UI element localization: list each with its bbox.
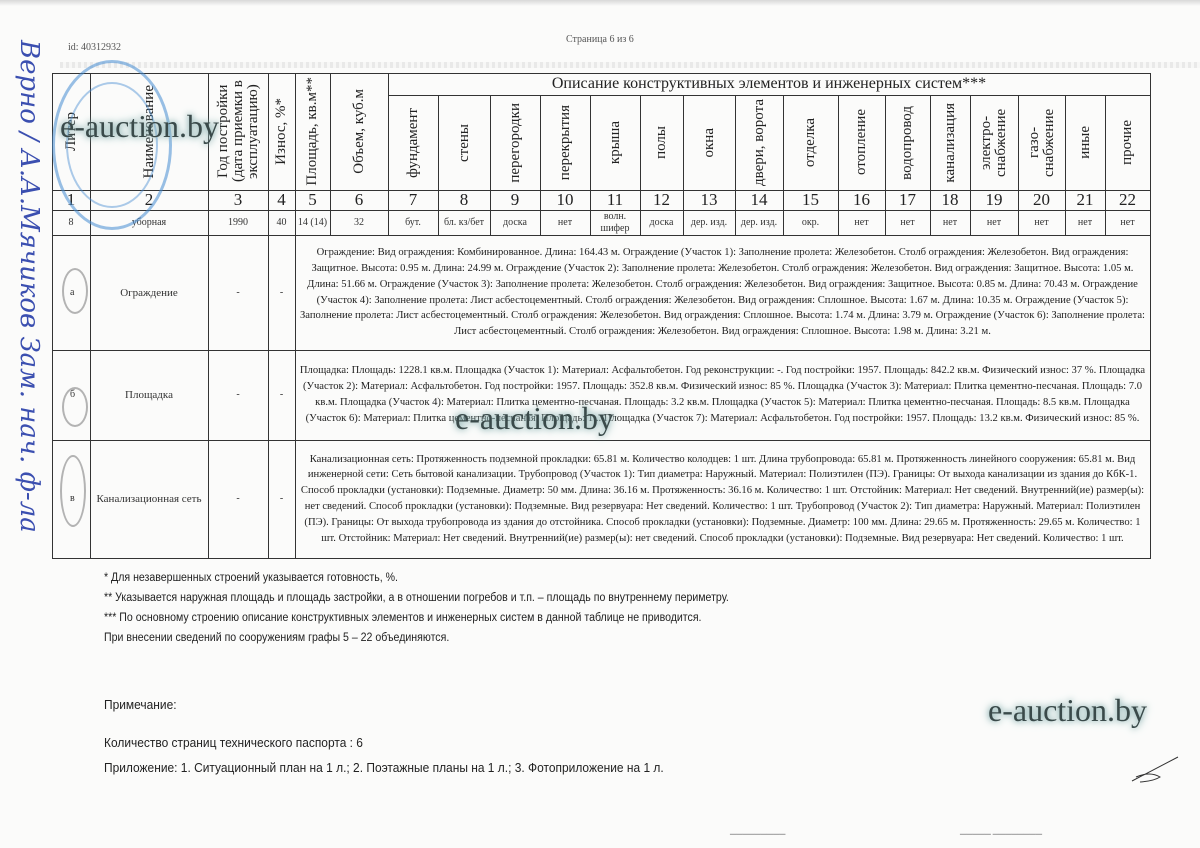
column-number-text: 17 [899, 190, 916, 210]
row-element-value: волн. шифер [590, 210, 641, 236]
column-number-text: 15 [802, 190, 819, 210]
group-header: Описание конструктивных элементов и инже… [388, 73, 1151, 96]
footnote-2: ** Указывается наружная площадь и площад… [104, 592, 729, 604]
pencil-circle-mark [62, 268, 88, 314]
row-element-value-text: нет [987, 217, 1001, 229]
footnote-3: *** По основному строению описание конст… [104, 612, 701, 624]
row-element-value: бл. кз/бет [438, 210, 491, 236]
row-year: - [208, 235, 269, 351]
column-header-text: двери, ворота [752, 99, 767, 186]
row-wear-text: - [280, 493, 283, 505]
column-number: 3 [208, 190, 269, 211]
row-element-value-text: нет [1120, 217, 1134, 229]
column-number: 22 [1105, 190, 1151, 211]
column-header: Площадь, кв.м** [295, 73, 331, 191]
row-wear: 40 [268, 210, 296, 236]
column-header: прочие [1105, 95, 1151, 191]
column-number-text: 5 [308, 190, 317, 210]
column-header: крыша [590, 95, 641, 191]
handwritten-certification: Верно / А.А.Мячиков Зам. нач. ф-ла [4, 40, 44, 740]
row-element-value-text: нет [1034, 217, 1048, 229]
column-header: фундамент [388, 95, 439, 191]
column-header: водопровод [885, 95, 931, 191]
row-element-value-text: бут. [405, 217, 421, 229]
column-number-text: 22 [1119, 190, 1136, 210]
column-header-text: крыша [608, 121, 623, 164]
row-element-value: дер. изд. [735, 210, 784, 236]
column-header: Объем, куб.м [330, 73, 389, 191]
column-number-text: 14 [751, 190, 768, 210]
notes-page-count: Количество страниц технического паспорта… [104, 735, 363, 750]
column-number: 8 [438, 190, 491, 211]
row-volume: 32 [330, 210, 389, 236]
watermark: e-auction.by [455, 400, 614, 437]
row-year-text: - [236, 287, 239, 299]
row-element-value-text: нет [1078, 217, 1092, 229]
column-number: 18 [930, 190, 971, 211]
column-number-text: 12 [653, 190, 670, 210]
column-number-text: 13 [701, 190, 718, 210]
signature-mark [1130, 755, 1180, 785]
group-header-text: Описание конструктивных элементов и инже… [552, 75, 986, 93]
column-number: 17 [885, 190, 931, 211]
row-area-text: 14 (14) [298, 217, 327, 229]
watermark: e-auction.by [988, 692, 1147, 729]
row-element-value-text: доска [503, 217, 527, 229]
row-element-value-text: нет [900, 217, 914, 229]
row-name-text: Ограждение [120, 287, 178, 299]
faint-footer-text: ▁▁▁▁▁▁▁▁▁ [730, 826, 785, 835]
column-header: Износ, %* [268, 73, 296, 191]
row-name: Площадка [90, 350, 209, 441]
row-description-text: Канализационная сеть: Протяженность подз… [298, 452, 1147, 547]
row-description-text: Площадка: Площадь: 1228.1 кв.м. Площадка… [298, 363, 1147, 426]
row-element-value-text: доска [650, 217, 674, 229]
column-header-text: отделка [803, 118, 818, 167]
column-header: перегородки [490, 95, 541, 191]
row-element-value: нет [1065, 210, 1106, 236]
column-number-text: 16 [853, 190, 870, 210]
row-wear-text: - [280, 389, 283, 401]
column-number-text: 8 [460, 190, 469, 210]
row-element-value-text: дер. изд. [691, 217, 727, 229]
row-wear: - [268, 440, 296, 559]
footnote-4: При внесении сведений по сооружениям гра… [104, 632, 449, 644]
footnote-1: * Для незавершенных строений указывается… [104, 572, 398, 584]
column-number: 21 [1065, 190, 1106, 211]
pencil-circle-mark [60, 455, 86, 527]
column-header-text: прочие [1120, 120, 1135, 165]
column-header-text: стены [457, 124, 472, 162]
row-element-value: окр. [783, 210, 839, 236]
row-element-value: дер. изд. [683, 210, 736, 236]
row-area: 14 (14) [295, 210, 331, 236]
row-description: Площадка: Площадь: 1228.1 кв.м. Площадка… [295, 350, 1151, 441]
row-element-value-text: нет [943, 217, 957, 229]
row-name: Канализационная сеть [90, 440, 209, 559]
column-header: окна [683, 95, 736, 191]
row-volume-text: 32 [354, 217, 364, 229]
column-header-text: канализация [943, 103, 958, 183]
row-element-value: доска [490, 210, 541, 236]
row-name-text: Площадка [125, 389, 173, 401]
column-header: отопление [838, 95, 886, 191]
row-element-value-text: окр. [802, 217, 819, 229]
row-element-value: нет [930, 210, 971, 236]
row-element-value-text: нет [854, 217, 868, 229]
row-element-value: доска [640, 210, 684, 236]
row-description-text: Ограждение: Вид ограждения: Комбинирован… [298, 245, 1147, 340]
notes-title: Примечание: [104, 697, 177, 712]
column-header: отделка [783, 95, 839, 191]
column-number-text: 18 [942, 190, 959, 210]
faint-footer-text: ▁▁▁▁▁ ▁▁▁▁▁▁▁▁ [960, 826, 1042, 835]
column-number-text: 7 [409, 190, 418, 210]
notes-appendix: Приложение: 1. Ситуационный план на 1 л.… [104, 760, 664, 775]
document-id: id: 40312932 [68, 42, 121, 53]
column-header-text: окна [702, 128, 717, 157]
column-number: 12 [640, 190, 684, 211]
row-element-value: нет [540, 210, 591, 236]
row-liter-text: 8 [69, 217, 74, 229]
column-number: 16 [838, 190, 886, 211]
column-header-text: полы [654, 126, 669, 159]
column-number-text: 21 [1077, 190, 1094, 210]
column-header-text: перекрытия [558, 105, 573, 180]
row-year: - [208, 440, 269, 559]
row-wear-text: 40 [277, 217, 287, 229]
column-number: 4 [268, 190, 296, 211]
page-number: Страница 6 из 6 [566, 34, 634, 45]
column-number: 5 [295, 190, 331, 211]
column-header-text: водопровод [900, 106, 915, 180]
column-header: канализация [930, 95, 971, 191]
row-element-value: нет [1018, 210, 1066, 236]
column-number-text: 11 [607, 190, 623, 210]
row-wear: - [268, 350, 296, 441]
scan-noise [60, 62, 1200, 68]
column-header-text: Износ, %* [274, 98, 289, 165]
column-number: 20 [1018, 190, 1066, 211]
column-header: стены [438, 95, 491, 191]
column-header-text: отопление [854, 109, 869, 175]
row-element-value-text: бл. кз/бет [444, 217, 484, 229]
column-number-text: 19 [986, 190, 1003, 210]
column-header-text: Объем, куб.м [352, 89, 367, 174]
column-header-text: фундамент [406, 108, 421, 178]
column-header-text: газо- снабжение [1027, 95, 1057, 190]
row-element-value-text: волн. шифер [590, 211, 640, 235]
row-year: 1990 [208, 210, 269, 236]
column-header-text: перегородки [508, 103, 523, 183]
row-wear: - [268, 235, 296, 351]
row-element-value: бут. [388, 210, 439, 236]
column-header-text: Год постройки (дата приемки в эксплуатац… [216, 73, 261, 190]
row-element-value: нет [885, 210, 931, 236]
column-number: 14 [735, 190, 784, 211]
column-number-text: 10 [557, 190, 574, 210]
column-header-text: Площадь, кв.м** [305, 77, 320, 186]
column-header: перекрытия [540, 95, 591, 191]
column-number: 19 [970, 190, 1019, 211]
column-header: иные [1065, 95, 1106, 191]
column-number-text: 3 [234, 190, 243, 210]
row-element-value: нет [970, 210, 1019, 236]
column-number: 6 [330, 190, 389, 211]
row-name: Ограждение [90, 235, 209, 351]
column-number: 7 [388, 190, 439, 211]
row-description: Ограждение: Вид ограждения: Комбинирован… [295, 235, 1151, 351]
pencil-circle-mark [62, 387, 88, 427]
row-wear-text: - [280, 287, 283, 299]
column-header: двери, ворота [735, 95, 784, 191]
column-number-text: 6 [355, 190, 364, 210]
column-number: 15 [783, 190, 839, 211]
column-number-text: 4 [277, 190, 286, 210]
column-header-text: иные [1078, 126, 1093, 159]
row-element-value: нет [1105, 210, 1151, 236]
row-year-text: - [236, 493, 239, 505]
column-number: 9 [490, 190, 541, 211]
row-year-text: - [236, 389, 239, 401]
column-header: полы [640, 95, 684, 191]
column-number-text: 20 [1033, 190, 1050, 210]
official-stamp-inner [66, 82, 158, 208]
scan-edge [0, 0, 1200, 6]
column-number: 13 [683, 190, 736, 211]
row-year-text: 1990 [228, 217, 248, 229]
row-element-value-text: дер. изд. [741, 217, 777, 229]
column-number-text: 9 [511, 190, 520, 210]
watermark: e-auction.by [60, 108, 219, 145]
column-header: электро- снабжение [970, 95, 1019, 191]
column-header-text: электро- снабжение [979, 95, 1009, 190]
row-element-value: нет [838, 210, 886, 236]
row-year: - [208, 350, 269, 441]
column-number: 11 [590, 190, 641, 211]
column-header: газо- снабжение [1018, 95, 1066, 191]
row-name-text: Канализационная сеть [96, 493, 201, 505]
row-description: Канализационная сеть: Протяженность подз… [295, 440, 1151, 559]
row-element-value-text: нет [558, 217, 572, 229]
column-number: 10 [540, 190, 591, 211]
